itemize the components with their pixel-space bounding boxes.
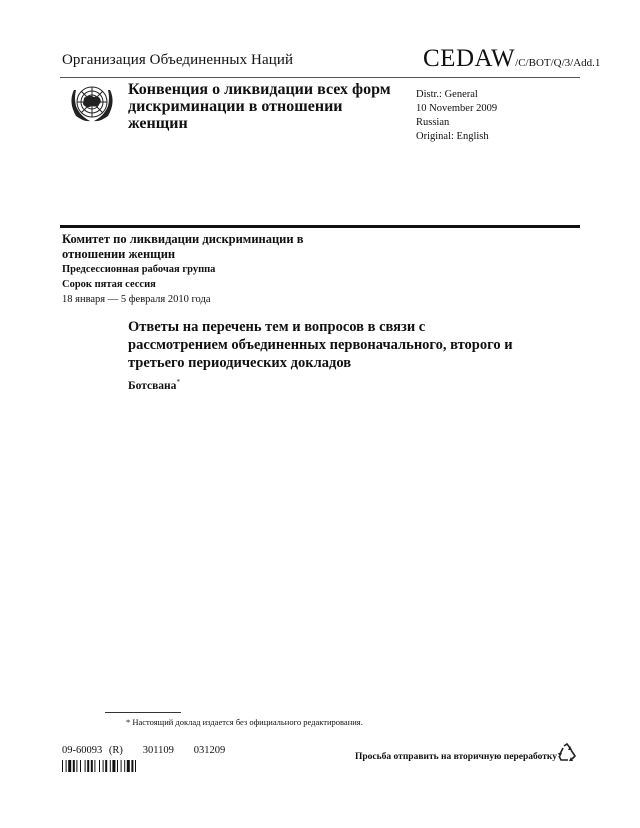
committee-block: Комитет по ликвидации дискриминации в от… — [62, 232, 312, 307]
committee-name: Комитет по ликвидации дискриминации в от… — [62, 232, 312, 262]
original-language: Original: English — [416, 130, 497, 144]
footnote-mark: * — [176, 378, 180, 386]
recycle-text: Просьба отправить на вторичную переработ… — [355, 752, 557, 762]
recycle-icon — [556, 742, 578, 764]
issue-date: 10 November 2009 — [416, 102, 497, 116]
document-number: 09-60093 (R) 301109 031209 — [62, 745, 225, 756]
distribution-block: Distr.: General 10 November 2009 Russian… — [416, 88, 497, 144]
distribution-line: Distr.: General — [416, 88, 497, 102]
document-title: Ответы на перечень тем и вопросов в связ… — [128, 318, 528, 372]
symbol-suffix: /C/BOT/Q/3/Add.1 — [515, 57, 600, 69]
document-symbol: CEDAW/C/BOT/Q/3/Add.1 — [423, 45, 600, 73]
session: Сорок пятая сессия — [62, 277, 312, 292]
working-group: Предсессионная рабочая группа — [62, 262, 312, 277]
header-divider — [60, 77, 580, 78]
convention-title: Конвенция о ликвидации всех форм дискрим… — [128, 81, 398, 132]
un-emblem-icon — [64, 80, 120, 126]
barcode-icon — [62, 759, 204, 771]
section-divider — [60, 225, 580, 228]
country-name: Ботсвана* — [128, 378, 180, 392]
footnote: * Настоящий доклад издается без официаль… — [126, 717, 363, 727]
country-label: Ботсвана — [128, 380, 176, 392]
organization-name: Организация Объединенных Наций — [62, 52, 293, 69]
language: Russian — [416, 116, 497, 130]
symbol-main: CEDAW — [423, 45, 515, 72]
footnote-divider — [105, 712, 181, 713]
session-dates: 18 января — 5 февраля 2010 года — [62, 292, 312, 307]
